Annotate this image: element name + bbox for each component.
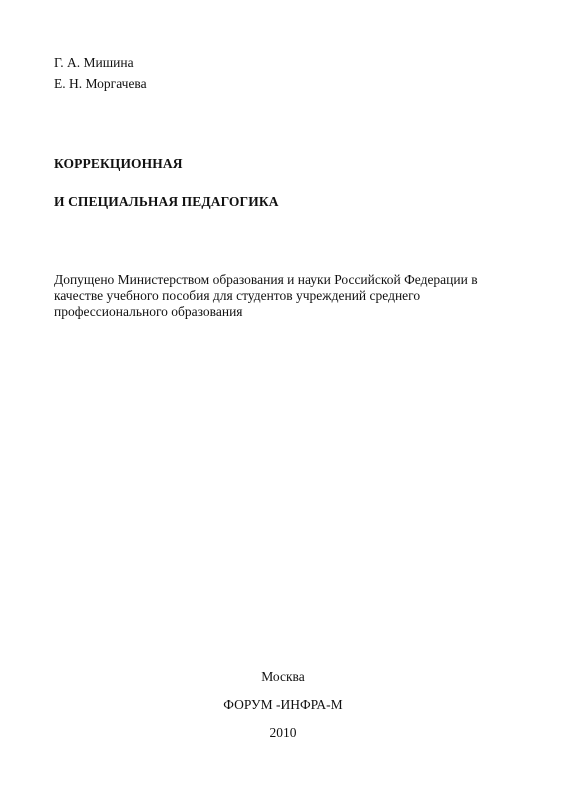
imprint-publisher: ФОРУМ -ИНФРА-М <box>0 697 566 713</box>
author-name: Г. А. Мишина <box>54 52 147 73</box>
book-title-line-1: КОРРЕКЦИОННАЯ <box>54 155 279 172</box>
book-title: КОРРЕКЦИОННАЯ И СПЕЦИАЛЬНАЯ ПЕДАГОГИКА <box>54 155 279 210</box>
book-title-line-2: И СПЕЦИАЛЬНАЯ ПЕДАГОГИКА <box>54 193 279 210</box>
authors-block: Г. А. Мишина Е. Н. Моргачева <box>54 52 147 94</box>
approval-line: профессионального образования <box>54 304 494 320</box>
approval-line: Допущено Министерством образования и нау… <box>54 272 494 288</box>
title-page: Г. А. Мишина Е. Н. Моргачева КОРРЕКЦИОНН… <box>0 0 566 800</box>
author-name: Е. Н. Моргачева <box>54 73 147 94</box>
approval-statement: Допущено Министерством образования и нау… <box>54 272 494 320</box>
imprint-city: Москва <box>0 669 566 685</box>
imprint-block: Москва ФОРУМ -ИНФРА-М 2010 <box>0 669 566 753</box>
approval-line: качестве учебного пособия для студентов … <box>54 288 494 304</box>
imprint-year: 2010 <box>0 725 566 741</box>
